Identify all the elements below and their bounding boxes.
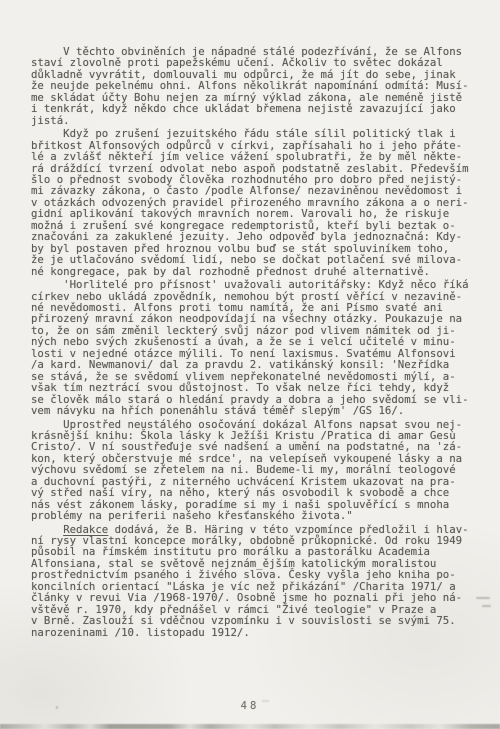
scan-speck bbox=[56, 706, 58, 709]
paragraph: Uprostřed neustálého osočování dokázal A… bbox=[31, 419, 478, 522]
page-number: 48 bbox=[0, 700, 500, 712]
paragraph: Když po zrušení jezuitského řádu stále s… bbox=[31, 128, 478, 277]
paragraph: Redakce dodává, že B. Häring v této vzpo… bbox=[31, 524, 478, 639]
underlined-word: Redakce bbox=[63, 523, 108, 536]
paragraph: V těchto obviněních je nápadné stálé pod… bbox=[31, 46, 478, 126]
scan-speck bbox=[476, 597, 490, 599]
scanned-document-page: V těchto obviněních je nápadné stálé pod… bbox=[0, 0, 500, 729]
scan-speck bbox=[262, 700, 269, 702]
paragraph: 'Horlitelé pro přísnost' uvažovali autor… bbox=[31, 279, 478, 416]
scan-speck bbox=[482, 605, 491, 607]
page-text: V těchto obviněních je nápadné stálé pod… bbox=[31, 46, 478, 638]
scan-edge-shadow bbox=[0, 724, 500, 729]
